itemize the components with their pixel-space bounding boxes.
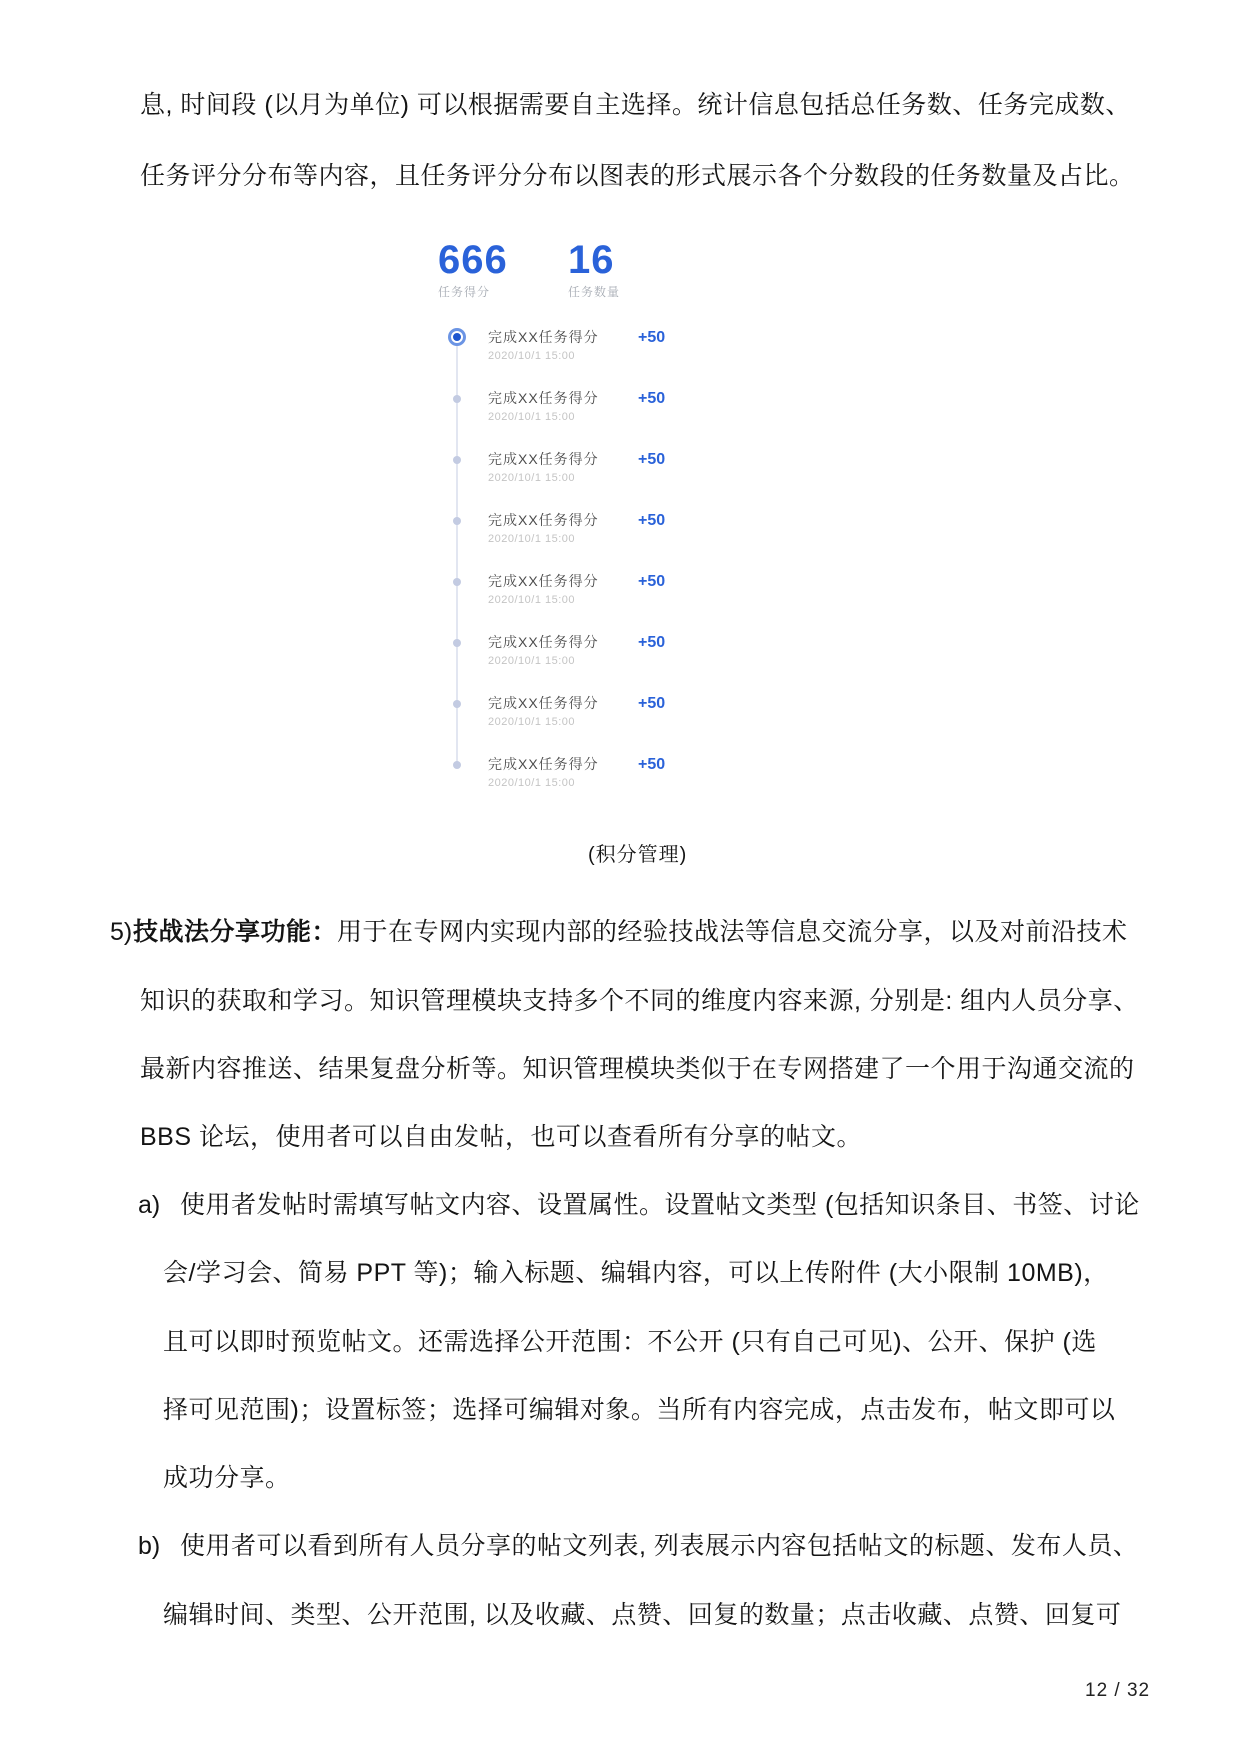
timeline-entry-score: +50 (638, 328, 665, 347)
timeline-entry-title: 完成XX任务得分 (488, 450, 599, 469)
stat-task-score-value: 666 (438, 240, 558, 280)
timeline-entry: 完成XX任务得分 +50 2020/10/1 15:00 (440, 450, 675, 500)
timeline-entry: 完成XX任务得分 +50 2020/10/1 15:00 (440, 328, 675, 378)
timeline-entry-score: +50 (638, 511, 665, 530)
stat-task-count-label: 任务数量 (568, 283, 688, 300)
section5-line: 知识的获取和学习。知识管理模块支持多个不同的维度内容来源, 分别是: 组内人员分… (140, 986, 1139, 1016)
timeline-entry-title: 完成XX任务得分 (488, 511, 599, 530)
item-b-line: 编辑时间、类型、公开范围, 以及收藏、点赞、回复的数量；点击收藏、点赞、回复可 (163, 1600, 1121, 1630)
timeline-entry: 完成XX任务得分 +50 2020/10/1 15:00 (440, 755, 675, 805)
stat-task-score-label: 任务得分 (438, 283, 558, 300)
page-number: 12 / 32 (1085, 1680, 1150, 1702)
timeline-entry: 完成XX任务得分 +50 2020/10/1 15:00 (440, 389, 675, 439)
timeline-entry-score: +50 (638, 633, 665, 652)
section5-heading-rest: 用于在专网内实现内部的经验技战法等信息交流分享，以及对前沿技术 (337, 918, 1128, 946)
timeline-entry-date: 2020/10/1 15:00 (488, 411, 575, 424)
timeline-entry: 完成XX任务得分 +50 2020/10/1 15:00 (440, 511, 675, 561)
timeline-entry-title: 完成XX任务得分 (488, 755, 599, 774)
timeline-dot-icon (453, 761, 461, 769)
section5-line: BBS 论坛，使用者可以自由发帖，也可以查看所有分享的帖文。 (140, 1122, 862, 1152)
points-management-screenshot: 666 任务得分 16 任务数量 完成XX任务得分 +50 2020/10/1 … (433, 240, 683, 800)
section5-heading: 技战法分享功能 (133, 918, 312, 946)
timeline-entry-date: 2020/10/1 15:00 (488, 716, 575, 729)
timeline-entry-date: 2020/10/1 15:00 (488, 472, 575, 485)
timeline-entry-title: 完成XX任务得分 (488, 694, 599, 713)
section5-line: 最新内容推送、结果复盘分析等。知识管理模块类似于在专网搭建了一个用于沟通交流的 (140, 1054, 1135, 1084)
timeline-dot-icon (453, 578, 461, 586)
stat-task-score: 666 任务得分 (438, 240, 558, 300)
timeline-entry-score: +50 (638, 694, 665, 713)
section5-heading-colon: ： (312, 918, 338, 946)
timeline-entry-title: 完成XX任务得分 (488, 389, 599, 408)
timeline-dot-icon (453, 639, 461, 647)
stat-task-count-value: 16 (568, 240, 688, 280)
timeline-dot-icon (453, 700, 461, 708)
timeline-entry-date: 2020/10/1 15:00 (488, 350, 575, 363)
timeline-entry-score: +50 (638, 450, 665, 469)
timeline-dot-icon (453, 517, 461, 525)
item-b-line: 使用者可以看到所有人员分享的帖文列表, 列表展示内容包括帖文的标题、发布人员、 (180, 1531, 1138, 1561)
timeline-entry-date: 2020/10/1 15:00 (488, 533, 575, 546)
list-marker-b: b) (138, 1531, 160, 1561)
radio-selected-icon (451, 331, 463, 343)
item-a-line: 会/学习会、简易 PPT 等)；输入标题、编辑内容，可以上传附件 (大小限制 1… (163, 1258, 1109, 1288)
timeline-entry-score: +50 (638, 572, 665, 591)
timeline-dot-icon (453, 456, 461, 464)
item-a-line: 择可见范围)；设置标签；选择可编辑对象。当所有内容完成，点击发布，帖文即可以 (163, 1395, 1115, 1425)
paragraph-line: 任务评分分布等内容，且任务评分分布以图表的形式展示各个分数段的任务数量及占比。 (140, 161, 1135, 191)
list-marker-a: a) (138, 1190, 160, 1220)
timeline-entry-date: 2020/10/1 15:00 (488, 655, 575, 668)
stat-task-count: 16 任务数量 (568, 240, 688, 300)
timeline-entry-title: 完成XX任务得分 (488, 572, 599, 591)
timeline-entry-title: 完成XX任务得分 (488, 633, 599, 652)
timeline-entry: 完成XX任务得分 +50 2020/10/1 15:00 (440, 694, 675, 744)
timeline-entry: 完成XX任务得分 +50 2020/10/1 15:00 (440, 572, 675, 622)
timeline-entry-score: +50 (638, 389, 665, 408)
figure-caption: (积分管理) (588, 842, 687, 868)
item-a-line: 且可以即时预览帖文。还需选择公开范围：不公开 (只有自己可见)、公开、保护 (选 (163, 1327, 1097, 1357)
document-page: 息, 时间段 (以月为单位) 可以根据需要自主选择。统计信息包括总任务数、任务完… (0, 0, 1240, 1754)
item-a-line: 使用者发帖时需填写帖文内容、设置属性。设置帖文类型 (包括知识条目、书签、讨论 (180, 1190, 1140, 1220)
timeline-entry-title: 完成XX任务得分 (488, 328, 599, 347)
timeline-entry: 完成XX任务得分 +50 2020/10/1 15:00 (440, 633, 675, 683)
section5-heading-line: 技战法分享功能：用于在专网内实现内部的经验技战法等信息交流分享，以及对前沿技术 (133, 917, 1128, 947)
timeline-entry-date: 2020/10/1 15:00 (488, 777, 575, 790)
paragraph-line: 息, 时间段 (以月为单位) 可以根据需要自主选择。统计信息包括总任务数、任务完… (140, 90, 1131, 120)
timeline-entry-score: +50 (638, 755, 665, 774)
item-a-line: 成功分享。 (163, 1463, 291, 1493)
list-marker-5: 5) (110, 917, 132, 947)
timeline-entry-date: 2020/10/1 15:00 (488, 594, 575, 607)
timeline-dot-icon (453, 395, 461, 403)
